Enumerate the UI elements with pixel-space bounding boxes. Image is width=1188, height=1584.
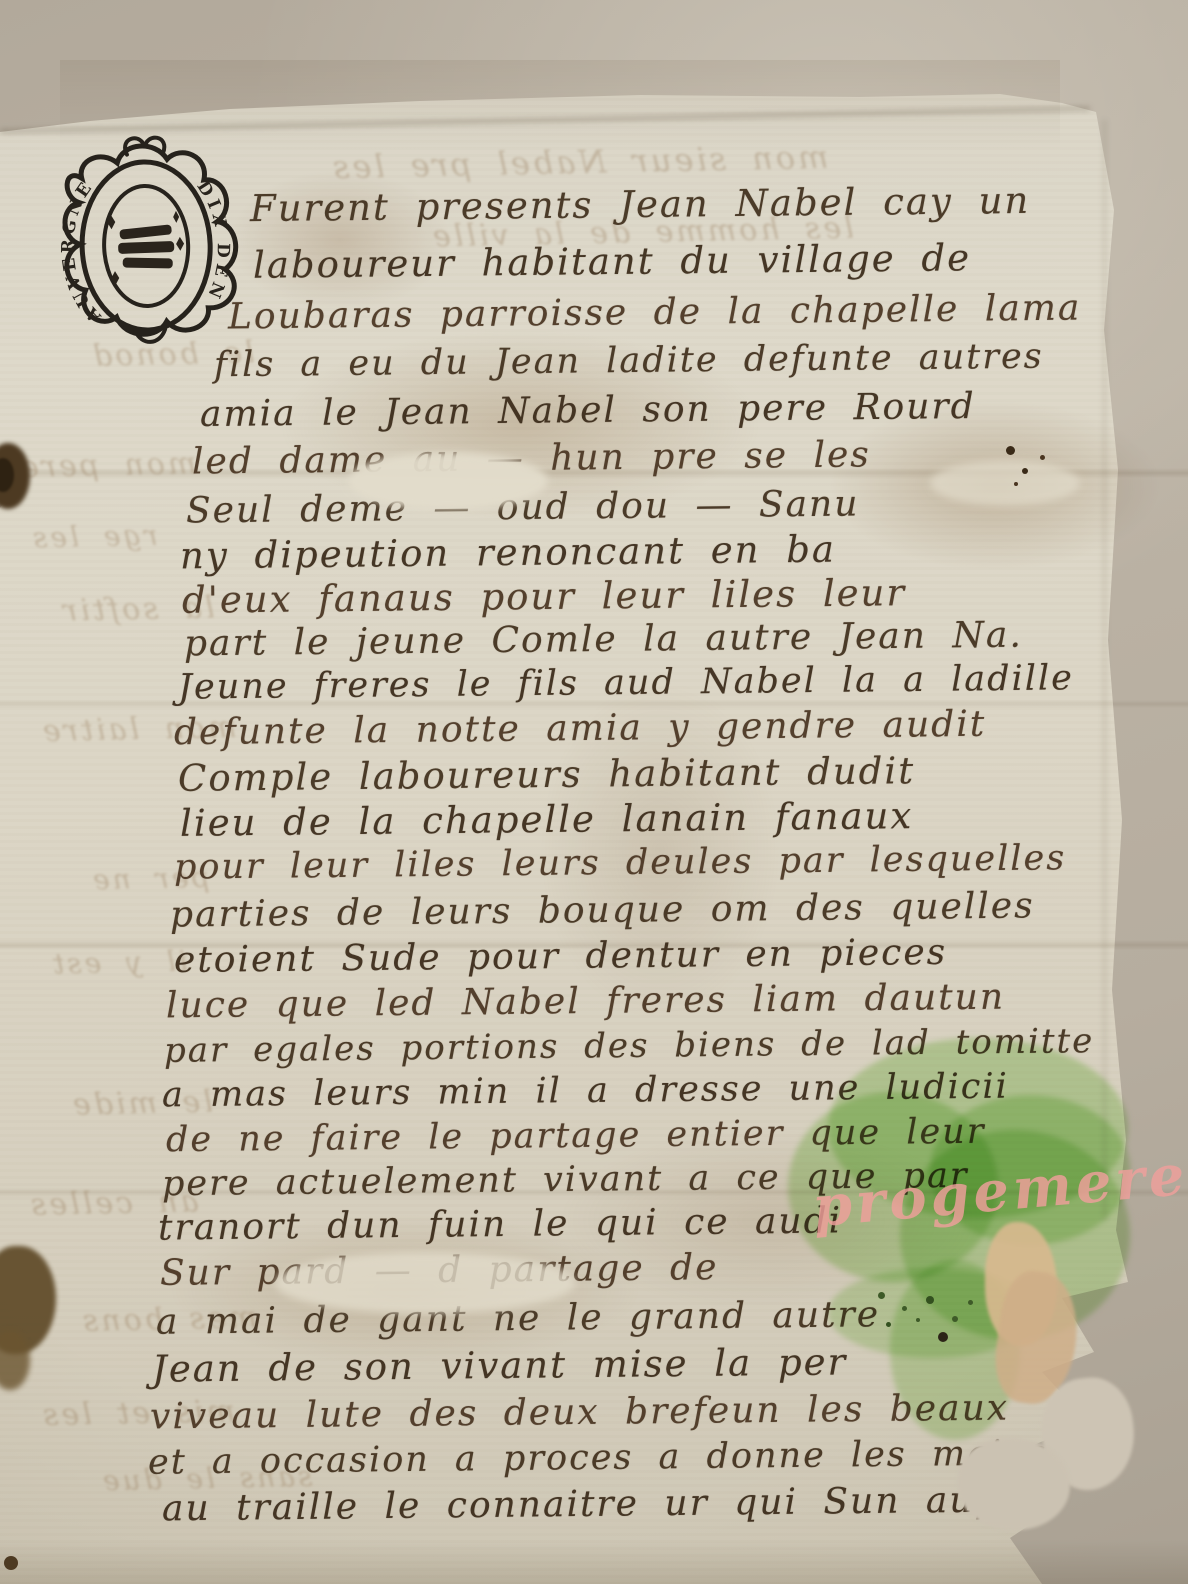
- stamp-monogram: [107, 211, 185, 286]
- fold-crease: [0, 700, 1188, 708]
- fold-crease: [0, 940, 1188, 950]
- fold-crease-bottom: [0, 1540, 1188, 1584]
- svg-text:DIX DEN: DIX DEN: [192, 177, 235, 306]
- erased-patch: [275, 1252, 575, 1314]
- erased-patch: [930, 460, 1080, 506]
- stamp-duty-text: DIX DEN: [192, 177, 235, 306]
- tax-stamp: AUVERGNE DIX DEN: [42, 121, 250, 364]
- fold-crease: [0, 1188, 1188, 1197]
- backing-patch: [958, 1438, 1070, 1530]
- erased-patch: [348, 452, 548, 510]
- paper-right-edge-shadow: [1103, 120, 1106, 1220]
- photo-of-manuscript: { "document": { "kind": "18th-century Fr…: [0, 0, 1188, 1584]
